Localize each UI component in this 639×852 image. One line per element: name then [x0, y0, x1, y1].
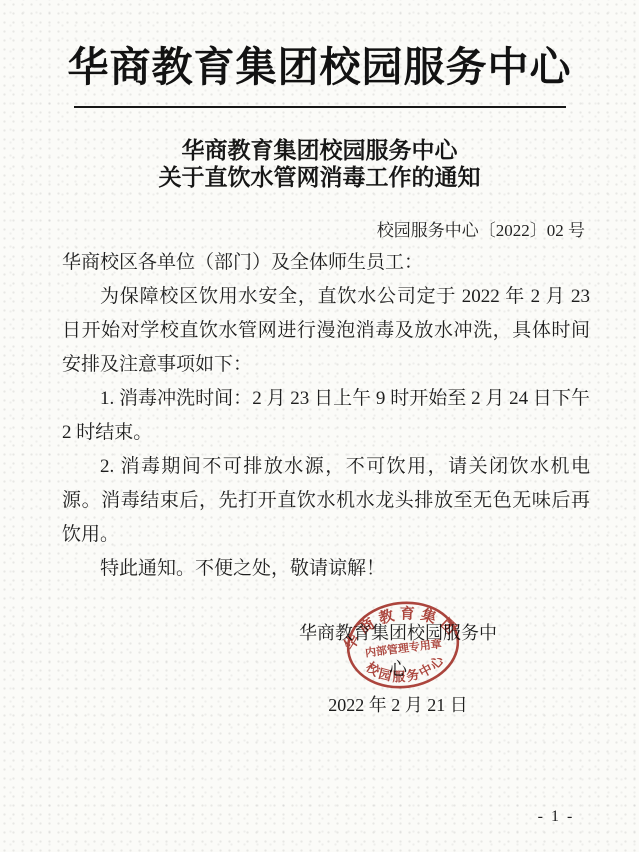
notice-body: 华商校区各单位（部门）及全体师生员工： 为保障校区饮用水安全，直饮水公司定于 2… — [62, 246, 590, 586]
signature-block: 华商教育集团校园服务中心 2022 年 2 月 21 日 — [291, 615, 505, 723]
notice-title-line1: 华商教育集团校园服务中心 — [0, 137, 639, 164]
document-number: 校园服务中心〔2022〕02 号 — [377, 216, 585, 241]
page-number: - 1 - — [530, 808, 582, 826]
letterhead-title: 华商教育集团校园服务中心 — [0, 34, 639, 93]
item-2-paragraph: 2. 消毒期间不可排放水源，不可饮用，请关闭饮水机电源。消毒结束后，先打开直饮水… — [62, 450, 590, 552]
salutation: 华商校区各单位（部门）及全体师生员工： — [62, 246, 590, 280]
item-1-paragraph: 1. 消毒冲洗时间：2 月 23 日上午 9 时开始至 2 月 24 日下午 2… — [62, 382, 590, 450]
closing-line: 特此通知。不便之处，敬请谅解！ — [62, 552, 590, 586]
notice-title-line2: 关于直饮水管网消毒工作的通知 — [0, 164, 639, 191]
scanned-notice-page: 华商教育集团校园服务中心 华商教育集团校园服务中心 关于直饮水管网消毒工作的通知… — [0, 0, 639, 852]
signature-date: 2022 年 2 月 21 日 — [291, 687, 505, 723]
notice-title: 华商教育集团校园服务中心 关于直饮水管网消毒工作的通知 — [0, 137, 639, 191]
letterhead-divider — [74, 106, 566, 108]
intro-paragraph: 为保障校区饮用水安全，直饮水公司定于 2022 年 2 月 23 日开始对学校直… — [62, 280, 590, 382]
signature-org: 华商教育集团校园服务中心 — [291, 615, 505, 687]
